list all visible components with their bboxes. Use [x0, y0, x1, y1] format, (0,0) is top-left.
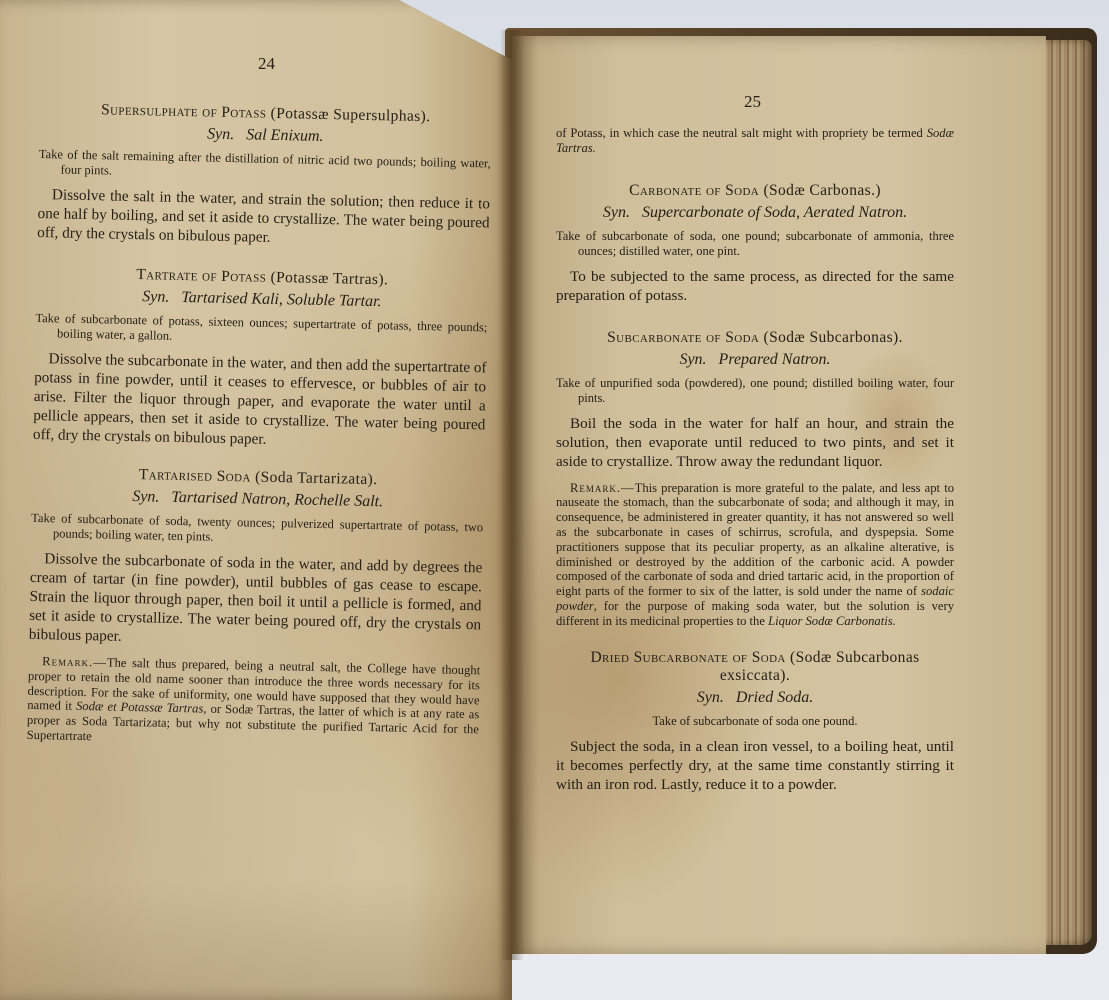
section-title: Subcarbonate of Soda (Sodæ Subcarbonas).: [556, 329, 954, 347]
remark: Remark.—The salt thus prepared, being a …: [27, 654, 481, 752]
synonym: Syn. Supercarbonate of Soda, Aerated Nat…: [556, 204, 954, 222]
synonym: Syn. Sal Enixum.: [39, 122, 491, 149]
section-carbonate-of-soda: Carbonate of Soda (Sodæ Carbonas.) Syn. …: [556, 182, 954, 305]
section-tartarised-soda: Tartarised Soda (Soda Tartarizata). Syn.…: [27, 464, 485, 752]
directions: Dissolve the subcarbonate in the water, …: [33, 349, 487, 453]
section-title: Carbonate of Soda (Sodæ Carbonas.): [556, 182, 954, 200]
directions: To be subjected to the same process, as …: [556, 267, 954, 305]
directions: Dissolve the subcarbonate of soda in the…: [29, 549, 483, 653]
right-page-number: 25: [744, 92, 761, 112]
directions: Subject the soda, in a clean iron vessel…: [556, 737, 954, 794]
recipe: Take of the salt remaining after the dis…: [38, 147, 491, 186]
recipe: Take of subcarbonate of soda, one pound;…: [556, 229, 954, 259]
section-dried-subcarbonate-of-soda: Dried Subcarbonate of Soda (Sodæ Subcarb…: [556, 649, 954, 794]
synonym: Syn. Dried Soda.: [556, 689, 954, 707]
recipe: Take of subcarbonate of soda one pound.: [556, 714, 954, 729]
recipe: Take of subcarbonate of potass, sixteen …: [35, 311, 488, 350]
section-tartrate-of-potass: Tartrate of Potass (Potassæ Tartras). Sy…: [33, 264, 489, 453]
page-edges: [1040, 40, 1092, 945]
section-supersulphate-of-potass: Supersulphate of Potass (Potassæ Supersu…: [37, 100, 492, 251]
left-page-number: 24: [258, 54, 275, 74]
synonym: Syn. Prepared Natron.: [556, 351, 954, 369]
remark: Remark.—This preparation is more gratefu…: [556, 481, 954, 629]
directions: Boil the soda in the water for half an h…: [556, 414, 954, 471]
continuation-text: of Potass, in which case the neutral sal…: [556, 126, 954, 156]
open-book: 24 Supersulphate of Potass (Potassæ Supe…: [0, 0, 1109, 1000]
directions: Dissolve the salt in the water, and stra…: [37, 185, 490, 251]
right-page-text: of Potass, in which case the neutral sal…: [556, 126, 954, 804]
recipe: Take of unpurified soda (powdered), one …: [556, 376, 954, 406]
section-subcarbonate-of-soda: Subcarbonate of Soda (Sodæ Subcarbonas).…: [556, 329, 954, 629]
synonym: Syn. Tartarised Kali, Soluble Tartar.: [36, 286, 488, 313]
synonym: Syn. Tartarised Natron, Rochelle Salt.: [32, 486, 484, 513]
left-page-text: Supersulphate of Potass (Potassæ Supersu…: [26, 100, 492, 762]
recipe: Take of subcarbonate of soda, twenty oun…: [31, 511, 484, 550]
book-gutter: [500, 30, 524, 960]
section-title: Dried Subcarbonate of Soda (Sodæ Subcarb…: [556, 649, 954, 685]
